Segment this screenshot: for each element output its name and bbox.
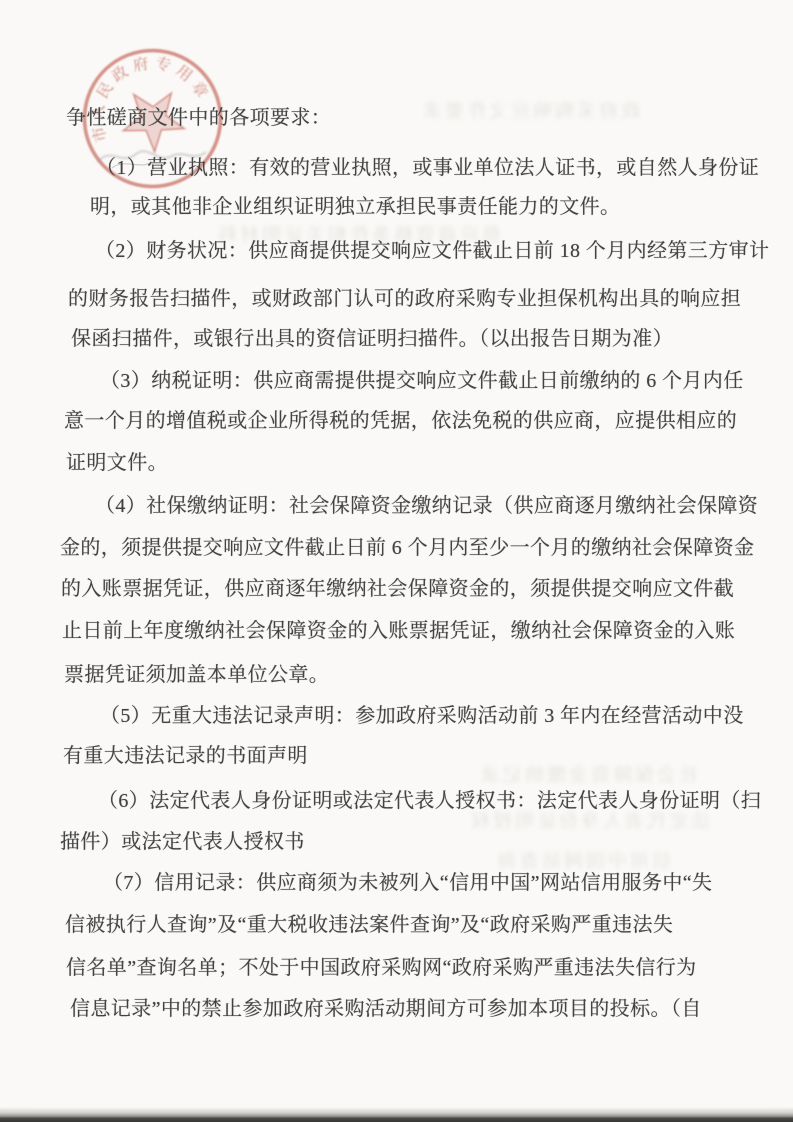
text-line: （2）财务状况：供应商提供提交响应文件截止日前 18 个月内经第三方审计 bbox=[95, 240, 769, 262]
text-line: 争性磋商文件中的各项要求： bbox=[66, 107, 331, 129]
text-line: 的入账票据凭证，供应商逐年缴纳社会保障资金的，须提供提交响应文件截 bbox=[61, 578, 734, 600]
text-line: （3）纳税证明：供应商需提供提交响应文件截止日前缴纳的 6 个月内任 bbox=[100, 370, 744, 392]
text-line: （4）社保缴纳证明：社会保障资金缴纳记录（供应商逐月缴纳社会保障资 bbox=[95, 495, 758, 517]
text-line: 票据凭证须加盖本单位公章。 bbox=[64, 664, 329, 686]
text-layer: 争性磋商文件中的各项要求：（1）营业执照：有效的营业执照，或事业单位法人证书，或… bbox=[0, 0, 793, 1122]
scan-edge-bottom bbox=[0, 1107, 793, 1122]
text-line: 金的，须提供提交响应文件截止日前 6 个月内至少一个月的缴纳社会保障资金 bbox=[60, 537, 754, 559]
scanned-document-page: 市人民政府专用章 政府采购响应文件要求供应商资格条件相关证明材料社会保障资金缴纳… bbox=[0, 0, 793, 1122]
text-line: 证明文件。 bbox=[66, 452, 168, 474]
text-line: 信名单”查询名单；不处于中国政府采购网“政府采购严重违法失信行为 bbox=[66, 957, 697, 979]
text-line: 描件）或法定代表人授权书 bbox=[60, 831, 305, 853]
text-line: 保函扫描件，或银行出具的资信证明扫描件。（以出报告日期为准） bbox=[71, 328, 673, 350]
text-line: 意一个月的增值税或企业所得税的凭据，依法免税的供应商，应提供相应的 bbox=[64, 410, 737, 432]
text-line: （7）信用记录：供应商须为未被列入“信用中国”网站信用服务中“失 bbox=[103, 872, 712, 894]
text-line: （1）营业执照：有效的营业执照，或事业单位法人证书，或自然人身份证 bbox=[96, 157, 759, 179]
text-line: （6）法定代表人身份证明或法定代表人授权书：法定代表人身份证明（扫 bbox=[98, 790, 761, 812]
text-line: 信息记录”中的禁止参加政府采购活动期间方可参加本项目的投标。（自 bbox=[70, 998, 702, 1020]
text-line: 明，或其他非企业组织证明独立承担民事责任能力的文件。 bbox=[90, 196, 620, 218]
text-line: 的财务报告扫描件，或财政部门认可的政府采购专业担保机构出具的响应担 bbox=[68, 288, 741, 310]
text-line: 止日前上年度缴纳社会保障资金的入账票据凭证，缴纳社会保障资金的入账 bbox=[62, 620, 735, 642]
text-line: 信被执行人查询”及“重大税收违法案件查询”及“政府采购严重违法失 bbox=[65, 914, 673, 936]
text-line: （5）无重大违法记录声明：参加政府采购活动前 3 年内在经营活动中没 bbox=[100, 705, 744, 727]
text-line: 有重大违法记录的书面声明 bbox=[63, 745, 308, 767]
